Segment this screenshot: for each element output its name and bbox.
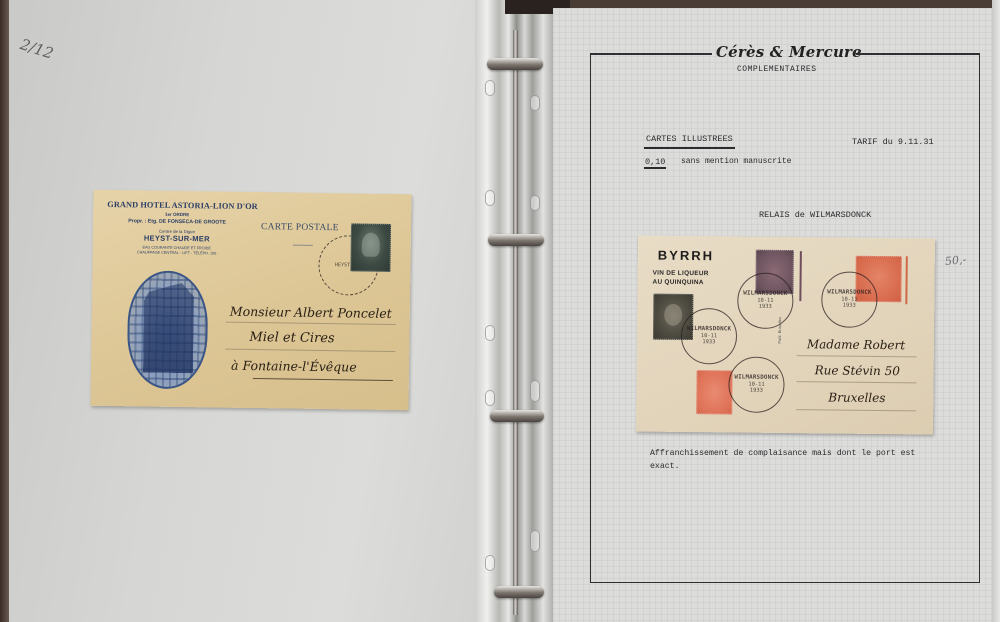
address-line-1: Madame Robert <box>807 337 905 352</box>
punch-hole <box>530 95 540 111</box>
address-line-1: Monsieur Albert Poncelet <box>230 304 392 321</box>
binder-ring-4[interactable] <box>494 586 544 598</box>
address-rule <box>796 409 916 411</box>
address-line-2: Rue Stévin 50 <box>815 363 900 378</box>
page-edge <box>992 0 1000 622</box>
stamp-lion-red <box>696 370 732 414</box>
punch-hole <box>530 530 540 552</box>
address-underline <box>253 378 393 381</box>
address-rule <box>225 349 395 352</box>
punch-hole <box>485 390 495 406</box>
hotel-amenities: EAU COURANTE CHAUDE ET FROIDE CHAUFFAGE … <box>107 245 247 257</box>
sheet-margin-strip <box>905 256 908 304</box>
postmark-wilmarsdonck-2: WILMARSDONCK 10-11 1933 <box>821 271 878 328</box>
annotation-note: Affranchissement de complaisance mais do… <box>650 447 940 473</box>
page-title: Cérès & Mercure <box>716 43 862 61</box>
punch-hole <box>485 80 495 96</box>
punch-hole <box>485 190 495 206</box>
rate-description: sans mention manuscrite <box>681 157 791 166</box>
category-underline <box>644 147 735 149</box>
rate-underline <box>644 167 666 169</box>
address-line-3: Bruxelles <box>828 390 885 405</box>
album-cover-edge <box>0 0 9 622</box>
divider <box>293 245 313 246</box>
address-rule <box>226 322 396 325</box>
rate-value: 0,10 <box>645 157 665 167</box>
punch-hole <box>530 380 540 402</box>
card-label: CARTE POSTALE <box>261 222 339 233</box>
hotel-town: HEYST-SUR-MER <box>107 233 247 244</box>
byrrh-postcard: BYRRH VIN DE LIQUEUR AU QUINQUINA WILMAR… <box>636 235 935 434</box>
postmark-wilmarsdonck-1: WILMARSDONCK 10-11 1933 <box>737 272 794 329</box>
binder-ring-rail <box>513 30 518 615</box>
hotel-proprietor: Propr. : Etg. DE FONSECA-DE GROOTE <box>107 218 247 226</box>
hotel-postcard: GRAND HOTEL ASTORIA-LION D'OR 1er ORDRE … <box>91 190 412 410</box>
frame-top-right <box>856 53 980 55</box>
hotel-order: 1er ORDRE <box>107 211 247 218</box>
sheet-margin-strip <box>799 251 802 301</box>
address-line-2: Miel et Cires <box>249 330 334 346</box>
punch-hole <box>485 325 495 341</box>
binder-ring-3[interactable] <box>490 410 544 422</box>
address-line-3: à Fontaine-l'Évêque <box>231 358 357 375</box>
relay-heading: RELAIS de WILMARSDONCK <box>759 210 871 220</box>
frame-top-left <box>590 53 712 55</box>
address-rule <box>797 381 917 383</box>
punch-hole <box>530 195 540 211</box>
punch-hole <box>485 555 495 571</box>
page-subtitle: COMPLEMENTAIRES <box>737 65 817 74</box>
hotel-illustration-icon <box>127 270 209 389</box>
hotel-name: GRAND HOTEL ASTORIA-LION D'OR <box>107 200 247 211</box>
stamp-green-mercury <box>350 223 391 272</box>
category-label: CARTES ILLUSTREES <box>646 134 733 144</box>
address-rule <box>797 355 917 357</box>
brand-name: BYRRH <box>658 248 714 264</box>
binder-ring-1[interactable] <box>487 58 543 70</box>
brand-tagline: VIN DE LIQUEUR AU QUINQUINA <box>652 269 708 288</box>
amenities-line-2: CHAUFFAGE CENTRAL - LIFT - TÉLÉPH. 106 <box>107 250 247 257</box>
tariff-label: TARIF du 9.11.31 <box>852 137 934 147</box>
postmark-wilmarsdonck-4: WILMARSDONCK 10-11 1933 <box>728 356 785 413</box>
price-note: 50,- <box>944 253 966 268</box>
postmark-wilmarsdonck-3: WILMARSDONCK 10-11 1933 <box>681 308 738 365</box>
printer-credit: Publ. Bruxelles <box>777 317 782 344</box>
binder-ring-2[interactable] <box>488 234 544 246</box>
hotel-letterhead: GRAND HOTEL ASTORIA-LION D'OR 1er ORDRE … <box>107 200 248 257</box>
